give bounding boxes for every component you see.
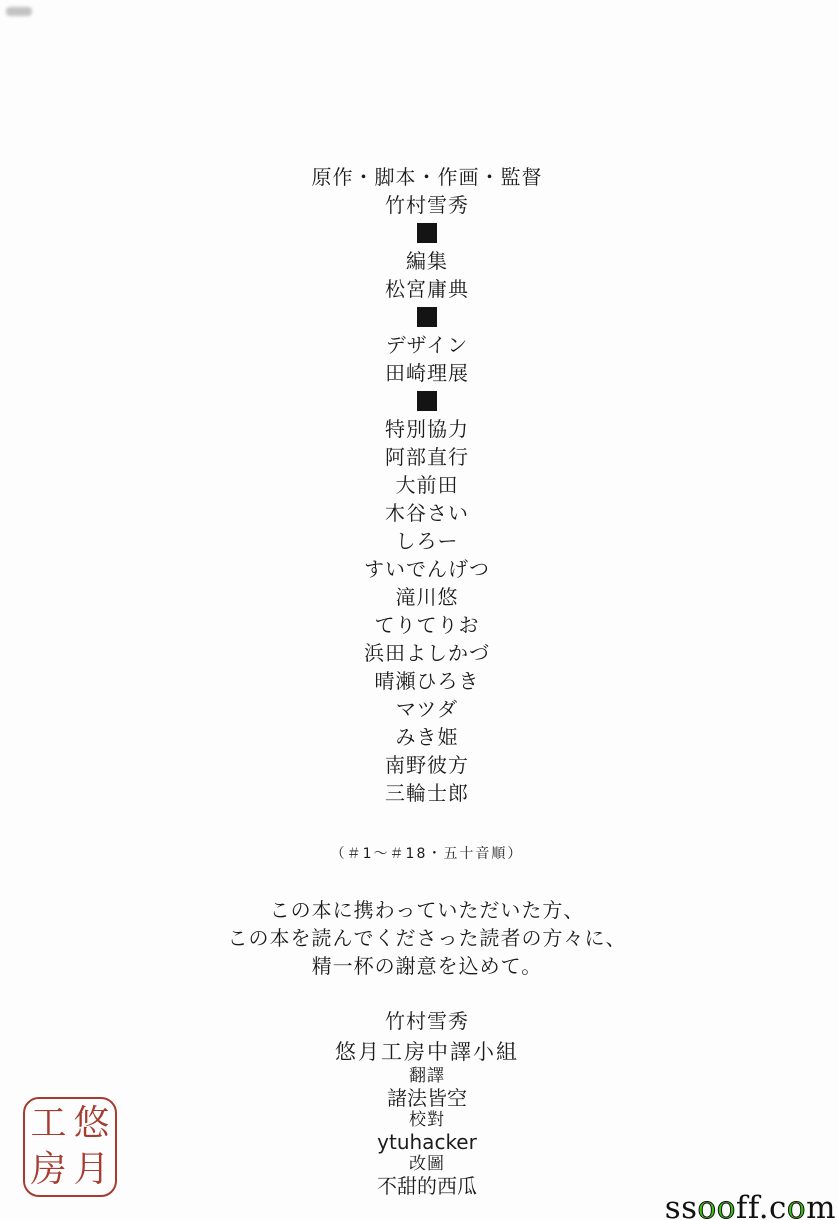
staff-name: 木谷さい: [16, 499, 838, 527]
group-seal-stamp: 工 悠 房 月: [23, 1097, 117, 1197]
section-divider: [16, 303, 838, 331]
seal-char: 工: [27, 1101, 70, 1147]
scan-artifact: [6, 7, 32, 16]
proofreader-name: ytuhacker: [16, 1131, 838, 1153]
translation-group-name: 悠月工房中譯小組: [16, 1040, 838, 1065]
section-divider: [16, 219, 838, 247]
staff-credits: 原作・脚本・作画・監督 竹村雪秀 編集 松宮庸典 デザイン 田崎理展 特別協力 …: [16, 163, 838, 807]
staff-name: 浜田よしかづ: [16, 639, 838, 667]
staff-name: マツダ: [16, 695, 838, 723]
staff-name: 田崎理展: [16, 359, 838, 387]
message-line: 精一杯の謝意を込めて。: [16, 952, 838, 980]
staff-name: すいでんげつ: [16, 555, 838, 583]
seal-char: 月: [70, 1147, 113, 1193]
staff-name: 竹村雪秀: [16, 191, 838, 219]
staff-name: 阿部直行: [16, 443, 838, 471]
translator-name: 諸法皆空: [16, 1087, 838, 1109]
retouch-role-label: 改圖: [16, 1153, 838, 1175]
seal-char: 悠: [70, 1101, 113, 1147]
message-line: この本に携わっていただいた方、: [16, 896, 838, 924]
role-label-editing: 編集: [16, 247, 838, 275]
watermark-segment-green: oo: [698, 1190, 736, 1220]
staff-name: 南野彼方: [16, 751, 838, 779]
staff-name: みき姫: [16, 723, 838, 751]
watermark-segment: ss: [665, 1190, 698, 1220]
site-watermark: ssooff.com: [665, 1191, 836, 1220]
thank-you-message: この本に携わっていただいた方、 この本を読んでくださった読者の方々に、 精一杯の…: [16, 896, 838, 980]
translation-role-label: 翻譯: [16, 1065, 838, 1087]
staff-name: 大前田: [16, 471, 838, 499]
section-divider: [16, 387, 838, 415]
staff-name: しろー: [16, 527, 838, 555]
role-label-special-thanks: 特別協力: [16, 415, 838, 443]
staff-name: 三輪士郎: [16, 779, 838, 807]
divider-square-icon: [417, 223, 437, 243]
staff-name: 松宮庸典: [16, 275, 838, 303]
staff-name: てりてりお: [16, 611, 838, 639]
role-label-original: 原作・脚本・作画・監督: [16, 163, 838, 191]
seal-char: 房: [27, 1147, 70, 1193]
ordering-note: （＃1～＃18・五十音順）: [16, 843, 838, 865]
staff-name: 滝川悠: [16, 583, 838, 611]
staff-name: 晴瀬ひろき: [16, 667, 838, 695]
watermark-segment: m: [806, 1190, 836, 1220]
divider-square-icon: [417, 391, 437, 411]
translation-credits: 悠月工房中譯小組 翻譯 諸法皆空 校對 ytuhacker 改圖 不甜的西瓜: [16, 1040, 838, 1197]
message-line: この本を読んでくださった読者の方々に、: [16, 924, 838, 952]
proofread-role-label: 校對: [16, 1109, 838, 1131]
watermark-segment: ff.c: [736, 1190, 787, 1220]
role-label-design: デザイン: [16, 331, 838, 359]
author-signature: 竹村雪秀: [16, 1008, 838, 1034]
watermark-segment-green: o: [787, 1190, 806, 1220]
divider-square-icon: [417, 307, 437, 327]
